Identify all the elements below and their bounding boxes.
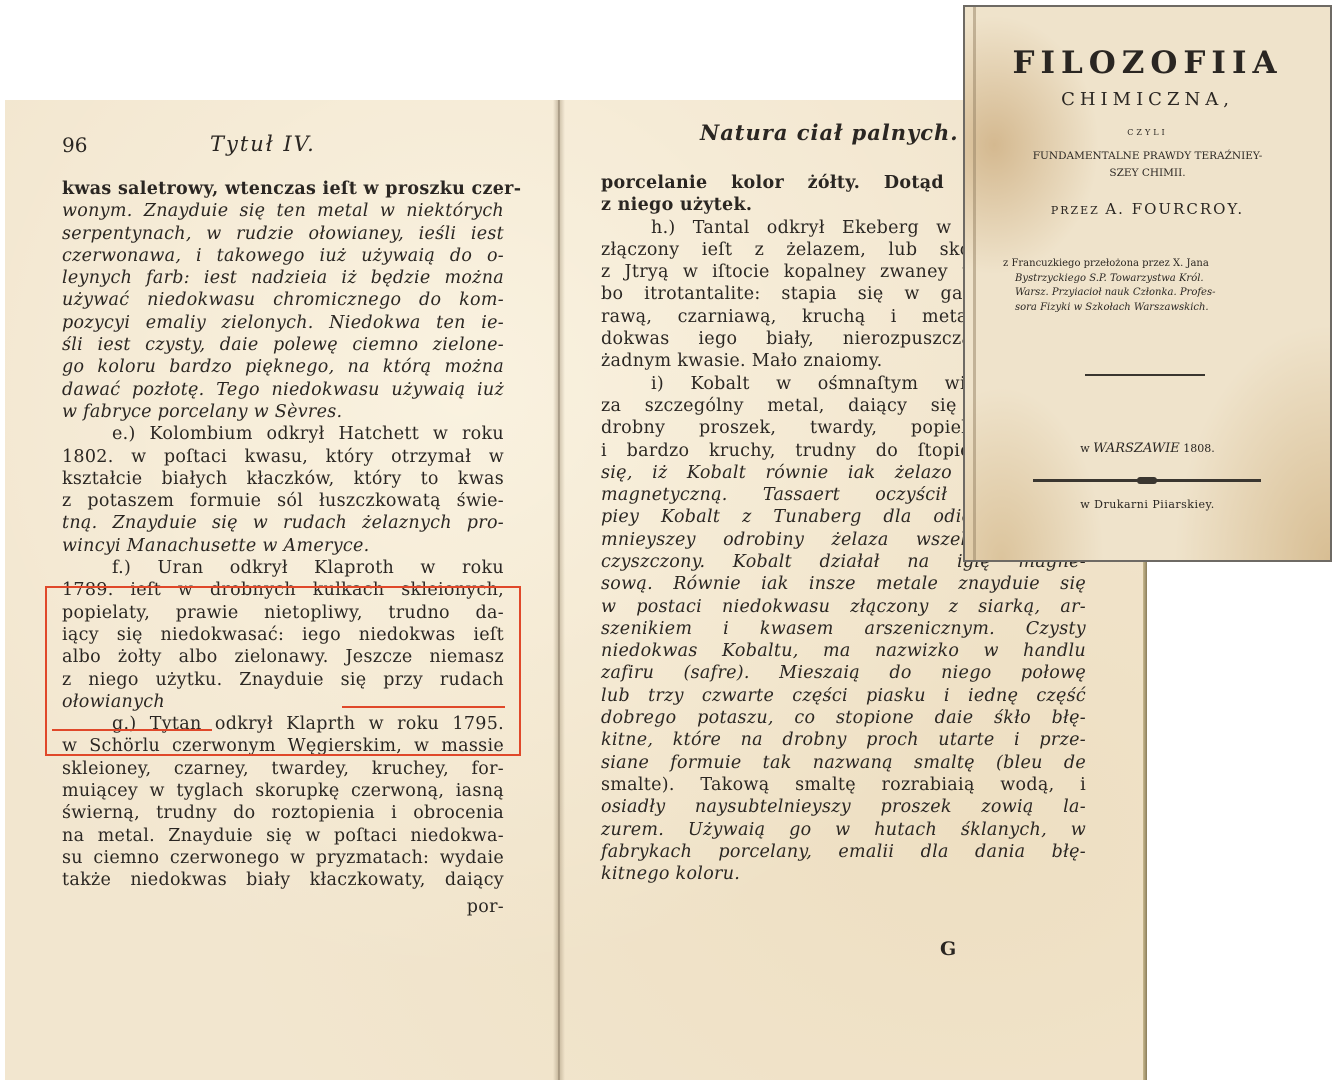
left-page-text: kwas saletrowy, wtenczas ieſt w proszku … xyxy=(62,178,504,918)
text-line: wincyi Manachusette w Ameryce. xyxy=(62,535,504,557)
book-title: FILOZOFIIA xyxy=(965,45,1330,81)
translator-line: sora Fizyki w Szkołach Warszawskich. xyxy=(1003,301,1310,316)
text-line: kształcie białych kłaczków, który to kwa… xyxy=(62,468,504,490)
text-line: smalte). Takową smaltę rozrabiaią wodą, … xyxy=(601,774,1086,796)
imprint-place: w WARSZAWIE 1808. xyxy=(965,441,1330,456)
text-line: popielaty, prawie nietopliwy, trudno da- xyxy=(62,602,504,624)
czyli-label: CZYLI xyxy=(965,128,1330,137)
text-line: ołowianych xyxy=(62,691,504,713)
book-gutter xyxy=(553,100,565,1080)
place-name: WARSZAWIE xyxy=(1093,441,1180,456)
text-line: w fabryce porcelany w Sèvres. xyxy=(62,401,504,423)
text-line: skleioney, czarney, twardey, kruchey, fo… xyxy=(62,758,504,780)
publication-year: 1808. xyxy=(1183,442,1215,455)
text-line: się, iż Kobalt równie iak żelazo ma xyxy=(601,462,999,484)
text-line: z niego użytek. xyxy=(601,194,999,216)
text-line: muiącey w tyglach skorupkę czerwoną, ias… xyxy=(62,780,504,802)
printer-line: w Drukarni Piiarskiey. xyxy=(965,498,1330,511)
text-line: lub trzy czwarte części piasku i iednę c… xyxy=(601,685,1086,707)
text-line: rawą, czarniawą, kruchą i metalicz xyxy=(601,306,999,328)
text-line: i bardzo kruchy, trudny do ſtopienia xyxy=(601,440,999,462)
text-line: drobny proszek, twardy, popielaty, xyxy=(601,417,999,439)
text-line: go koloru bardzo pięknego, na którą możn… xyxy=(62,356,504,378)
text-line: siane formuie tak nazwaną smaltę (bleu d… xyxy=(601,752,1086,774)
text-line: świerną, trudny do roztopienia i obrocen… xyxy=(62,802,504,824)
text-line: niedokwas Kobaltu, ma nazwizko w handlu xyxy=(601,640,1086,662)
underline-annotation xyxy=(52,729,212,731)
text-line: z potaszem formuie sól łuszczkowatą świe… xyxy=(62,490,504,512)
underline-annotation xyxy=(342,706,505,708)
text-line: za szczególny metal, daiący się ut xyxy=(601,395,999,417)
right-page-text: porcelanie kolor żółty. Dotąd nie z nieg… xyxy=(601,172,999,551)
text-line: szenikiem i kwasem arszenicznym. Czysty xyxy=(601,618,1086,640)
text-line: sową. Równie iak insze metale znayduie s… xyxy=(601,573,1086,595)
text-line: leynych farb: iest nadzieia iż będzie mo… xyxy=(62,267,504,289)
text-line: fabrykach porcelany, emalii dla dania bł… xyxy=(601,841,1086,863)
catchword: por- xyxy=(62,892,504,918)
translator-line: Bystrzyckiego S.P. Towarzystwa Król. xyxy=(1003,272,1310,287)
running-head-left: Tytuł IV. xyxy=(210,132,316,156)
fundamental-line-2: SZEY CHIMII. xyxy=(965,165,1330,182)
text-line: czerwonawa, i takowego iuż używaią do o- xyxy=(62,245,504,267)
text-line: na metal. Znayduie się w poſtaci niedokw… xyxy=(62,825,504,847)
paragraph-f-heading: f.) Uran odkrył Klaproth w roku xyxy=(62,557,504,579)
signature-mark: G xyxy=(940,938,956,960)
fundamental-line-1: FUNDAMENTALNE PRAWDY TERAŹNIEY- xyxy=(965,148,1330,165)
place-prefix: w xyxy=(1080,442,1089,455)
text-line: tną. Znayduie się w rudach żelaznych pro… xyxy=(62,512,504,534)
text-line: kwas saletrowy, wtenczas ieſt w proszku … xyxy=(62,178,504,200)
book-subtitle: CHIMICZNA, xyxy=(965,89,1330,110)
text-line: z niego użytku. Znayduie się przy rudach xyxy=(62,669,504,691)
text-line: dawać pozłotę. Tego niedokwasu używaią i… xyxy=(62,379,504,401)
translator-line: Warsz. Przyiacioł nauk Członka. Profes- xyxy=(1003,286,1310,301)
title-page-inset: FILOZOFIIA CHIMICZNA, CZYLI FUNDAMENTALN… xyxy=(963,5,1332,562)
paragraph-i-heading: i) Kobalt w ośmnaſtym wieku xyxy=(601,373,999,395)
fundamental-truths-heading: FUNDAMENTALNE PRAWDY TERAŹNIEY- SZEY CHI… xyxy=(965,148,1330,182)
text-line: kitnego koloru. xyxy=(601,863,1086,885)
ornamental-rule xyxy=(1033,479,1261,482)
text-line: 1802. w poſtaci kwasu, który otrzymał w xyxy=(62,446,504,468)
text-line: z Jtryą w iſtocie kopalney zwaney tant xyxy=(601,261,999,283)
text-line: wonym. Znayduie się ten metal w niektóry… xyxy=(62,200,504,222)
translator-line: z Francuzkiego przełożona przez X. Jana xyxy=(1003,257,1310,272)
text-line: su ciemno czerwonego w pryzmatach: wydai… xyxy=(62,847,504,869)
running-head-right: Natura ciał palnych. xyxy=(700,120,959,145)
translator-note: z Francuzkiego przełożona przez X. Jana … xyxy=(1003,257,1310,315)
text-line: albo żołty albo zielonawy. Jeszcze niema… xyxy=(62,646,504,668)
text-line: zafiru (safre). Mieszaią do niego połowę xyxy=(601,662,1086,684)
text-line: złączony ieſt z żelazem, lub skomb xyxy=(601,239,999,261)
text-line: osiadły naysubtelnieyszy proszek zowią l… xyxy=(601,796,1086,818)
text-line: piey Kobalt z Tunaberg dla odięcia xyxy=(601,506,999,528)
paragraph-h-heading: h.) Tantal odkrył Ekeberg w rok xyxy=(601,217,999,239)
author-name: A. FOURCROY. xyxy=(1105,200,1244,218)
text-line: żadnym kwasie. Mało znaiomy. xyxy=(601,350,999,372)
page-number: 96 xyxy=(62,133,87,157)
text-line: także niedokwas biały kłaczkowaty, daiąc… xyxy=(62,869,504,891)
text-line: pozycyi emaliy zielonych. Niedokwa ten i… xyxy=(62,312,504,334)
text-line: zurem. Używaią go w hutach śklanych, w xyxy=(601,819,1086,841)
text-line: śli iest czysty, daie polewę ciemno ziel… xyxy=(62,334,504,356)
text-line: porcelanie kolor żółty. Dotąd nie xyxy=(601,172,999,194)
author-prefix: PRZEZ xyxy=(1051,204,1100,217)
text-line: kitne, które na drobny proch utarte i pr… xyxy=(601,729,1086,751)
text-line: mnieyszey odrobiny żelaza wszelako xyxy=(601,529,999,551)
text-line: magnetyczną. Tassaert oczyścił ia xyxy=(601,484,999,506)
paragraph-e-heading: e.) Kolombium odkrył Hatchett w roku xyxy=(62,423,504,445)
text-line: bo itrotantalite: stapia się w gałęcz xyxy=(601,283,999,305)
text-line: 1789. ieſt w drobnych kulkach skleionych… xyxy=(62,579,504,601)
paragraph-g-heading: g.) Tytan odkrył Klaprth w roku 1795. xyxy=(62,713,504,735)
text-line: serpentynach, w rudzie ołowianey, ieśli … xyxy=(62,223,504,245)
text-line: iący się niedokwasać: iego niedokwas ieſ… xyxy=(62,624,504,646)
author-line: PRZEZ A. FOURCROY. xyxy=(965,200,1330,218)
text-line: w postaci niedokwasu złączony z siarką, … xyxy=(601,596,1086,618)
divider-rule xyxy=(1085,374,1205,376)
text-line: dobrego potaszu, co stopione daie śkło b… xyxy=(601,707,1086,729)
text-line: w Schörlu czerwonym Węgierskim, w massie xyxy=(62,735,504,757)
text-line: dokwas iego biały, nierozpuszczaiąc xyxy=(601,328,999,350)
text-line: używać niedokwasu chromicznego do kom- xyxy=(62,289,504,311)
right-page-text-continued: czyszczony. Kobalt działał na igłę magne… xyxy=(601,551,1086,885)
